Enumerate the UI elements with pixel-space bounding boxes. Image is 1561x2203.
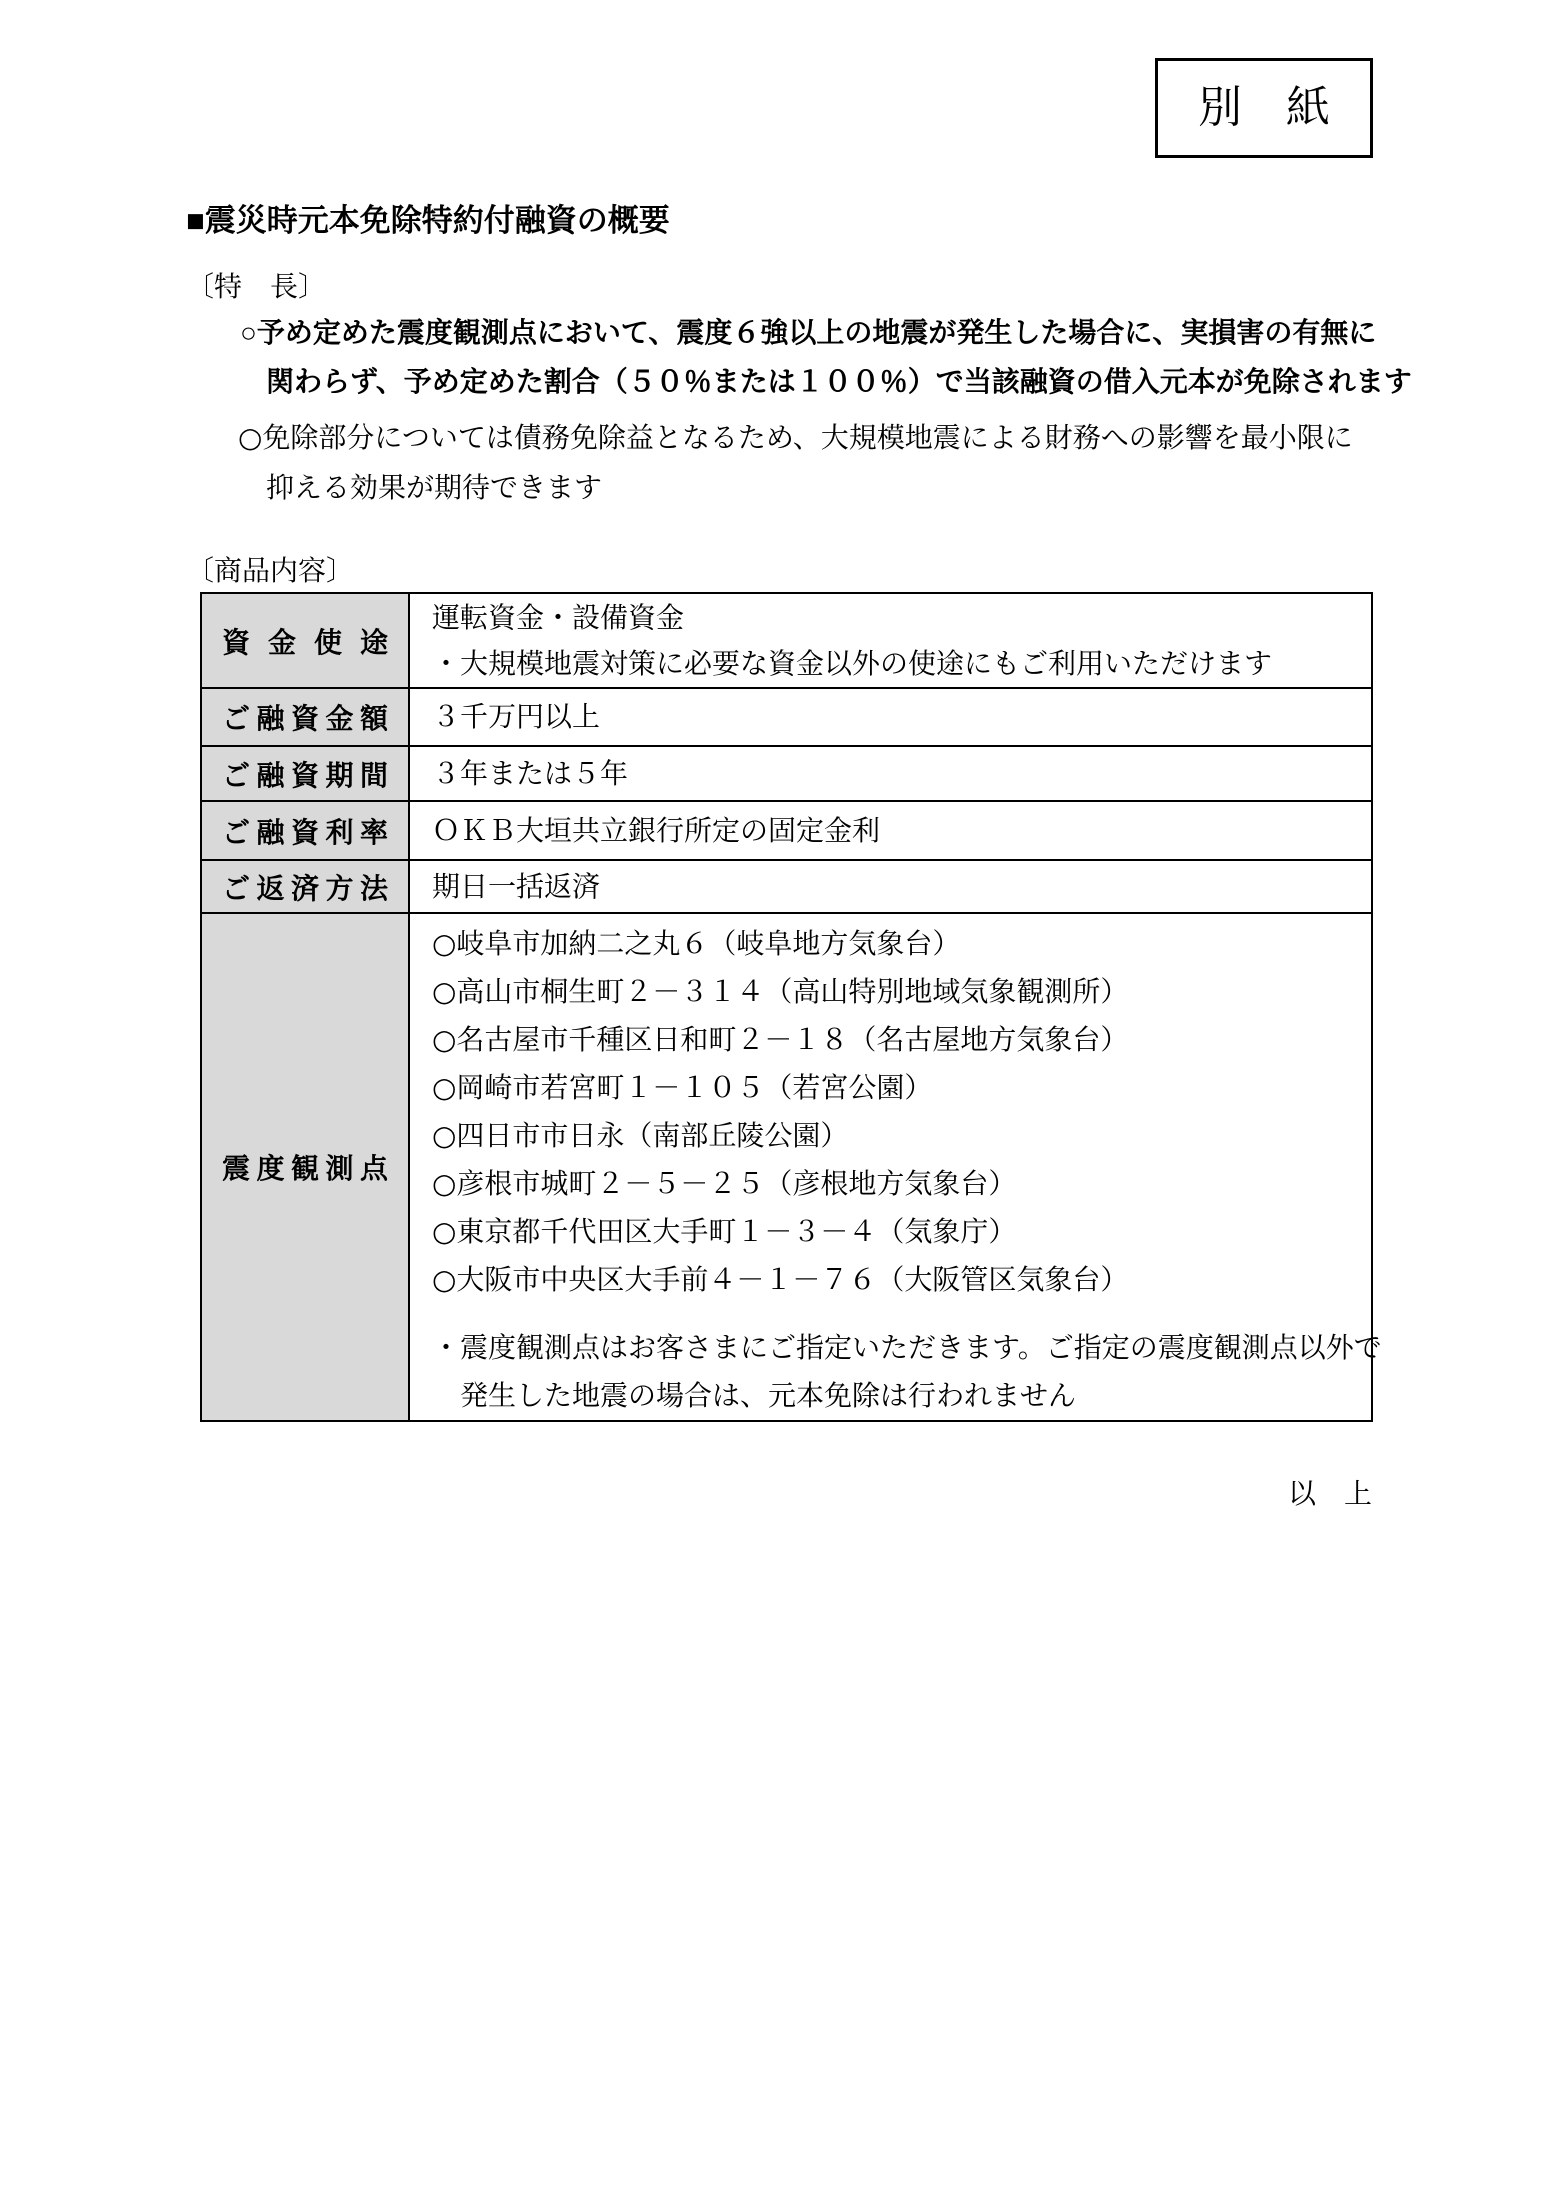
- product-heading: 〔商品内容〕: [186, 554, 354, 588]
- observation-point: ○岐阜市加納二之丸６（岐阜地方気象台）: [432, 920, 1371, 968]
- table-row-loan-amount: ご融資金額 ３千万円以上: [201, 688, 1372, 746]
- row-value-observation-points: ○岐阜市加納二之丸６（岐阜地方気象台） ○高山市桐生町２－３１４（高山特別地域気…: [409, 913, 1372, 1421]
- observation-point: ○四日市市日永（南部丘陵公園）: [432, 1112, 1371, 1160]
- feature-bullet-2-line-1: ○免除部分については債務免除益となるため、大規模地震による財務への影響を最小限に: [238, 420, 1353, 456]
- observation-point: ○大阪市中央区大手前４－１－７６（大阪管区気象台）: [432, 1256, 1371, 1304]
- row-value-funds-usage: 運転資金・設備資金 ・大規模地震対策に必要な資金以外の使途にもご利用いただけます: [409, 593, 1372, 688]
- observation-point: ○彦根市城町２－５－２５（彦根地方気象台）: [432, 1160, 1371, 1208]
- row-value-loan-term: ３年または５年: [409, 746, 1372, 801]
- funds-usage-line-1: 運転資金・設備資金: [432, 595, 1371, 641]
- features-heading: 〔特 長〕: [186, 270, 326, 304]
- product-table: 資金使途 運転資金・設備資金 ・大規模地震対策に必要な資金以外の使途にもご利用い…: [200, 592, 1373, 1422]
- feature-bullet-2-line-2: 抑える効果が期待できます: [266, 470, 602, 506]
- observation-point: ○名古屋市千種区日和町２－１８（名古屋地方気象台）: [432, 1016, 1371, 1064]
- table-row-repayment-method: ご返済方法 期日一括返済: [201, 860, 1372, 913]
- row-value-loan-amount: ３千万円以上: [409, 688, 1372, 746]
- row-label-observation-points: 震度観測点: [201, 913, 409, 1421]
- table-row-loan-term: ご融資期間 ３年または５年: [201, 746, 1372, 801]
- feature-bullet-1-line-2: 関わらず、予め定めた割合（５０％または１００％）で当該融資の借入元本が免除されま…: [266, 364, 1412, 400]
- observation-point: ○東京都千代田区大手町１－３－４（気象庁）: [432, 1208, 1371, 1256]
- observation-note-line-2: 発生した地震の場合は、元本免除は行われません: [432, 1372, 1371, 1420]
- observation-point: ○高山市桐生町２－３１４（高山特別地域気象観測所）: [432, 968, 1371, 1016]
- row-label-repayment-method: ご返済方法: [201, 860, 409, 913]
- attachment-tag-label: 別 紙: [1198, 86, 1330, 130]
- row-label-loan-rate: ご融資利率: [201, 801, 409, 860]
- funds-usage-line-2: ・大規模地震対策に必要な資金以外の使途にもご利用いただけます: [432, 641, 1371, 687]
- document-page: 別 紙 ■震災時元本免除特約付融資の概要 〔特 長〕 ○予め定めた震度観測点にお…: [0, 0, 1561, 2203]
- row-value-loan-rate: ＯＫＢ大垣共立銀行所定の固定金利: [409, 801, 1372, 860]
- row-label-loan-term: ご融資期間: [201, 746, 409, 801]
- row-value-repayment-method: 期日一括返済: [409, 860, 1372, 913]
- observation-point: ○岡崎市若宮町１－１０５（若宮公園）: [432, 1064, 1371, 1112]
- row-label-loan-amount: ご融資金額: [201, 688, 409, 746]
- closing-text: 以 上: [1288, 1477, 1372, 1511]
- table-row-observation-points: 震度観測点 ○岐阜市加納二之丸６（岐阜地方気象台） ○高山市桐生町２－３１４（高…: [201, 913, 1372, 1421]
- row-label-funds-usage: 資金使途: [201, 593, 409, 688]
- observation-note-line-1: ・震度観測点はお客さまにご指定いただきます。ご指定の震度観測点以外で: [432, 1324, 1371, 1372]
- document-title: ■震災時元本免除特約付融資の概要: [186, 203, 670, 239]
- attachment-tag-box: 別 紙: [1155, 58, 1373, 158]
- observation-gap: [432, 1304, 1371, 1324]
- table-row-loan-rate: ご融資利率 ＯＫＢ大垣共立銀行所定の固定金利: [201, 801, 1372, 860]
- table-row-funds-usage: 資金使途 運転資金・設備資金 ・大規模地震対策に必要な資金以外の使途にもご利用い…: [201, 593, 1372, 688]
- feature-bullet-1-line-1: ○予め定めた震度観測点において、震度６強以上の地震が発生した場合に、実損害の有無…: [240, 315, 1376, 351]
